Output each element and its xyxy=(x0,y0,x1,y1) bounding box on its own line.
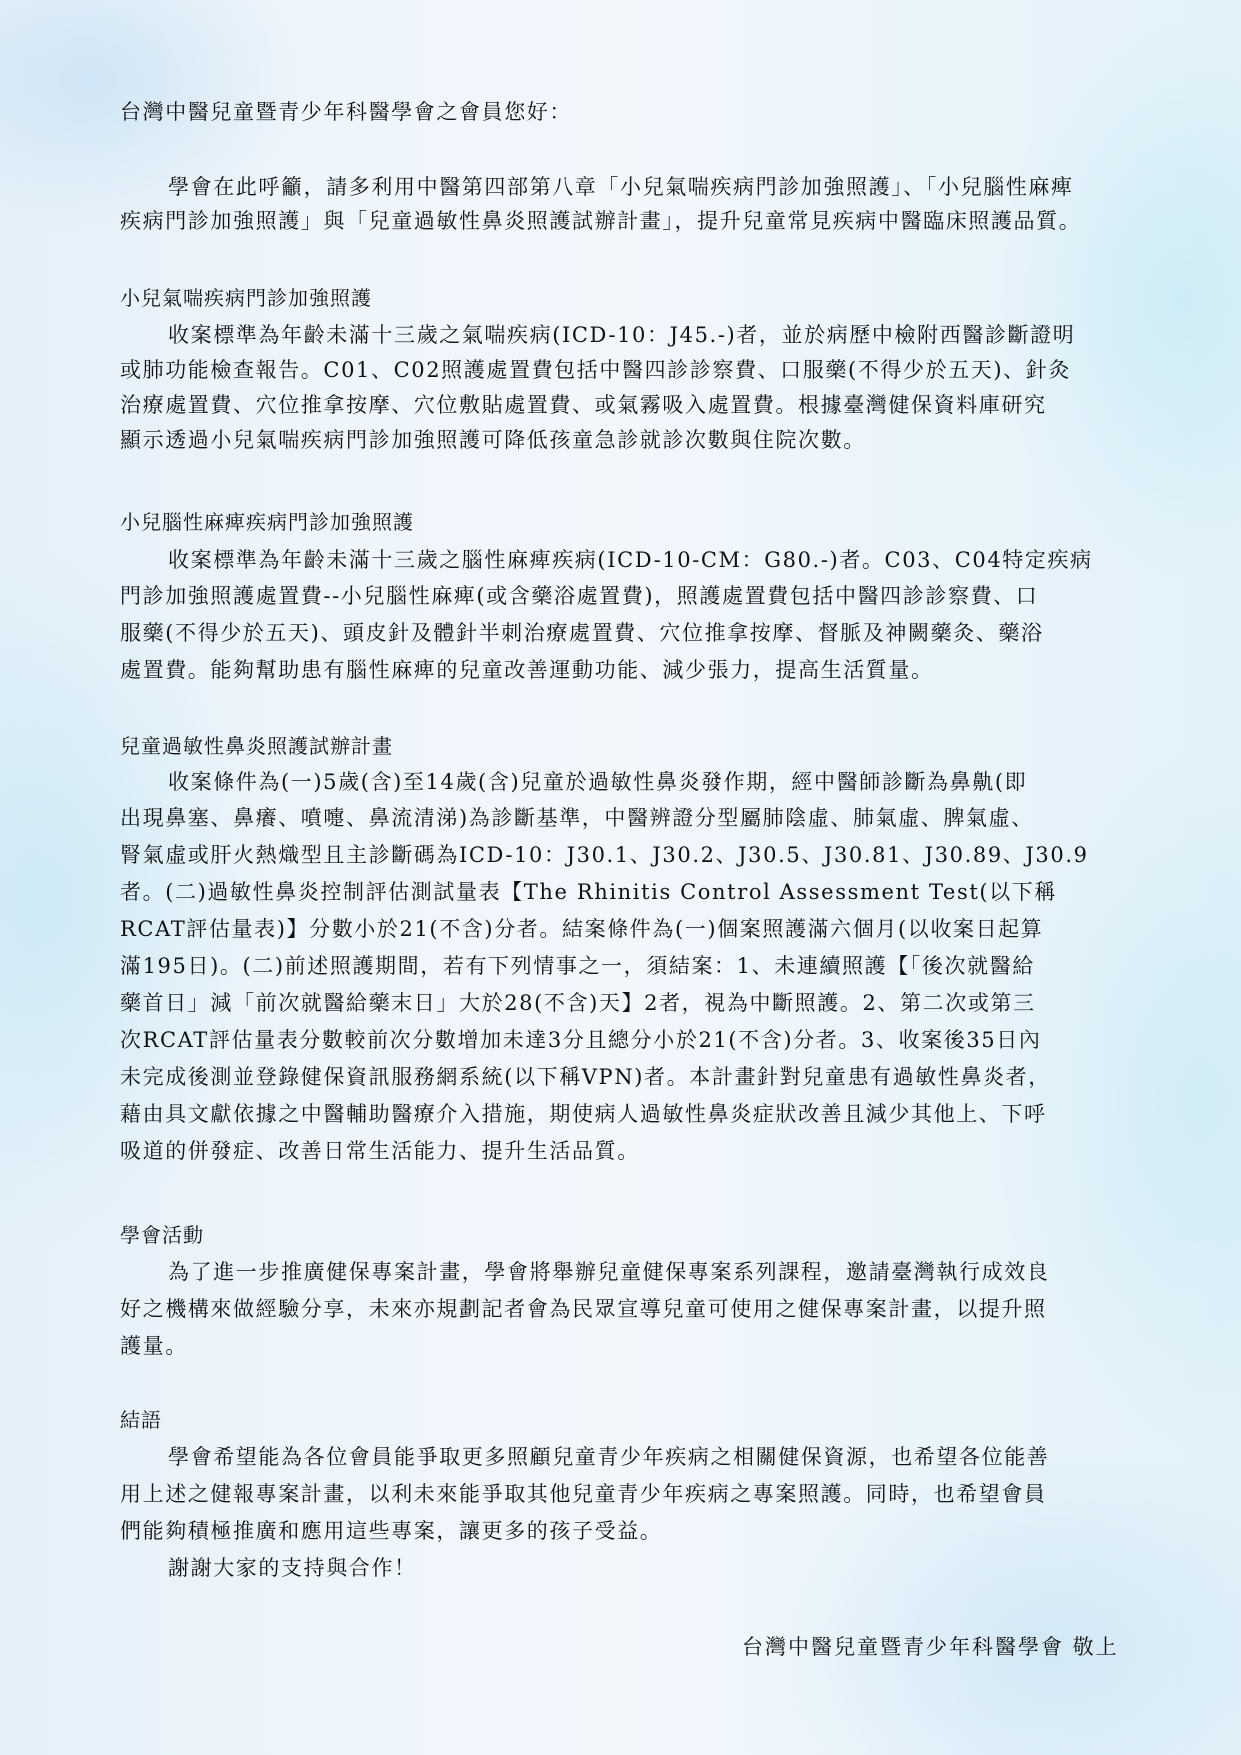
paragraph-line: 收案條件為(一)5歲(含)至14歲(含)兒童於過敏性鼻炎發作期，經中醫師診斷為鼻… xyxy=(168,767,1027,797)
paragraph-line: 藉由具文獻依據之中醫輔助醫療介入措施，期使病人過敏性鼻炎症狀改善且減少其他上、下… xyxy=(120,1099,1047,1129)
section-heading: 結語 xyxy=(120,1405,162,1435)
paragraph-line: 收案標準為年齡未滿十三歲之氣喘疾病(ICD-10：J45.-)者，並於病歷中檢附… xyxy=(168,320,1075,350)
paragraph-line: 治療處置費、穴位推拿按摩、穴位敷貼處置費、或氣霧吸入處置費。根據臺灣健保資料庫研… xyxy=(120,390,1047,420)
paragraph-line: 腎氣虛或肝火熱熾型且主診斷碼為ICD-10：J30.1、J30.2、J30.5、… xyxy=(120,840,1089,870)
paragraph-line: 護量。 xyxy=(120,1331,188,1361)
paragraph-line: 服藥(不得少於五天)、頭皮針及體針半刺治療處置費、穴位推拿按摩、督脈及神闕藥灸、… xyxy=(120,618,1044,648)
paragraph-line: 門診加強照護處置費--小兒腦性麻痺(或含藥浴處置費)，照護處置費包括中醫四診診察… xyxy=(120,581,1038,611)
paragraph-line: 吸道的併發症、改善日常生活能力、提升生活品質。 xyxy=(120,1136,640,1166)
paragraph-line: 收案標準為年齡未滿十三歲之腦性麻痺疾病(ICD-10-CM：G80.-)者。C0… xyxy=(168,545,1093,575)
paragraph-line: 學會希望能為各位會員能爭取更多照顧兒童青少年疾病之相關健保資源，也希望各位能善 xyxy=(168,1442,1049,1472)
section-heading: 學會活動 xyxy=(120,1220,204,1250)
paragraph-line: 好之機構來做經驗分享，未來亦規劃記者會為民眾宣導兒童可使用之健保專案計畫，以提升… xyxy=(120,1294,1047,1324)
section-heading: 小兒氣喘疾病門診加強照護 xyxy=(120,283,372,313)
intro-line: 疾病門診加強照護」與「兒童過敏性鼻炎照護試辦計畫」，提升兒童常見疾病中醫臨床照護… xyxy=(120,206,1081,236)
paragraph-line: 處置費。能夠幫助患有腦性麻痺的兒童改善運動功能、減少張力，提高生活質量。 xyxy=(120,655,934,685)
paragraph-line: RCAT評估量表)】分數小於21(不含)分者。結案條件為(一)個案照護滿六個月(… xyxy=(120,914,1043,944)
paragraph-line: 藥首日」減「前次就醫給藥末日」大於28(不含)天】2者，視為中斷照護。2、第二次… xyxy=(120,988,1036,1018)
paragraph-line: 者。(二)過敏性鼻炎控制評估測試量表【The Rhinitis Control … xyxy=(120,877,1057,907)
signature: 台灣中醫兒童暨青少年科醫學會 敬上 xyxy=(742,1632,1119,1662)
paragraph-line: 出現鼻塞、鼻癢、噴嚏、鼻流清涕)為診斷基準，中醫辨證分型屬肺陰虛、肺氣虛、脾氣虛… xyxy=(120,803,1034,833)
intro-line: 學會在此呼籲，請多利用中醫第四部第八章「小兒氣喘疾病門診加強照護」、「小兒腦性麻… xyxy=(168,172,1074,202)
paragraph-line: 滿195日)。(二)前述照護期間，若有下列情事之一，須結案：1、未連續照護【「後… xyxy=(120,951,1035,981)
section-heading: 小兒腦性麻痺疾病門診加強照護 xyxy=(120,507,414,537)
paragraph-line: 未完成後測並登錄健保資訊服務網系統(以下稱VPN)者。本計畫針對兒童患有過敏性鼻… xyxy=(120,1062,1051,1092)
section-heading: 兒童過敏性鼻炎照護試辦計畫 xyxy=(120,731,393,761)
paragraph-line: 顯示透過小兒氣喘疾病門診加強照護可降低孩童急診就診次數與住院次數。 xyxy=(120,425,866,455)
thanks-line: 謝謝大家的支持與合作！ xyxy=(168,1553,417,1583)
paragraph-line: 次RCAT評估量表分數較前次分數增加未達3分且總分小於21(不含)分者。3、收案… xyxy=(120,1025,1041,1055)
letter-page: 台灣中醫兒童暨青少年科醫學會之會員您好： 學會在此呼籲，請多利用中醫第四部第八章… xyxy=(0,0,1241,1755)
paragraph-line: 們能夠積極推廣和應用這些專案，讓更多的孩子受益。 xyxy=(120,1516,662,1546)
greeting: 台灣中醫兒童暨青少年科醫學會之會員您好： xyxy=(120,97,572,127)
paragraph-line: 用上述之健報專案計畫，以利未來能爭取其他兒童青少年疾病之專案照護。同時，也希望會… xyxy=(120,1479,1047,1509)
paragraph-line: 為了進一步推廣健保專案計畫，學會將舉辦兒童健保專案系列課程，邀請臺灣執行成效良 xyxy=(168,1257,1049,1287)
paragraph-line: 或肺功能檢查報告。C01、C02照護處置費包括中醫四診診察費、口服藥(不得少於五… xyxy=(120,355,1071,385)
